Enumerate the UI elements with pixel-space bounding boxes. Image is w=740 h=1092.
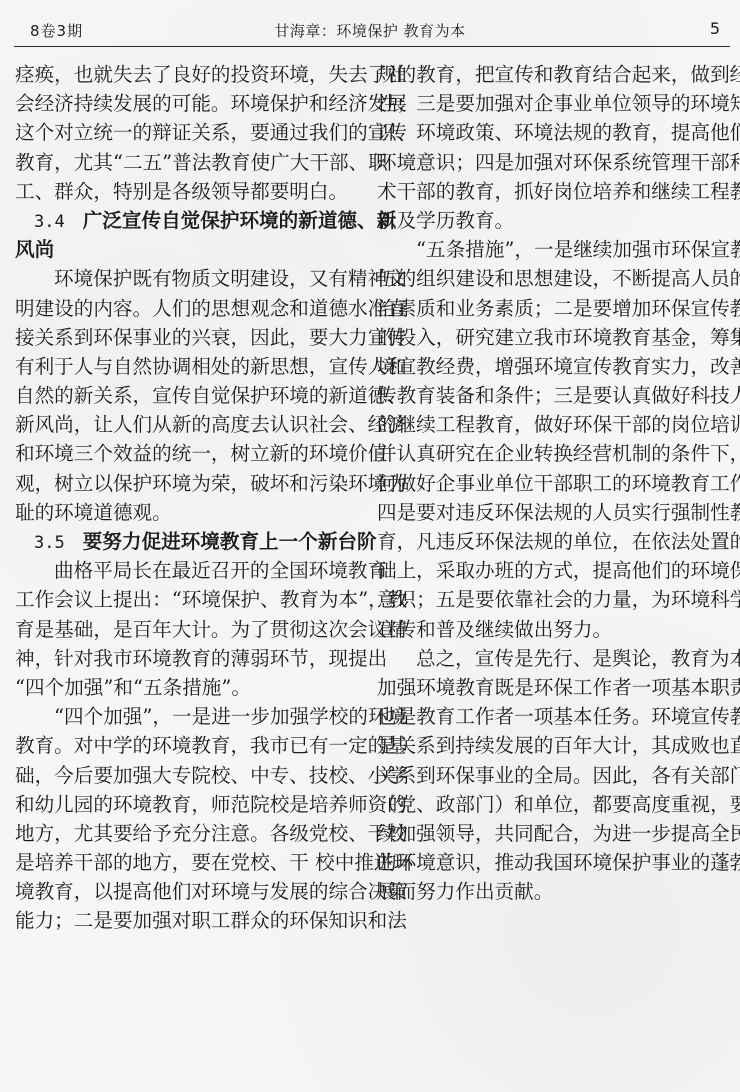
right-column: 规的教育，把宣传和教育结合起来，做到经常 性；三是要加强对企事业单位领导的环境知… xyxy=(377,60,720,906)
text-line: 总之，宣传是先行、是舆论，教育为本。 xyxy=(377,644,720,673)
text-line: 性；三是要加强对企事业单位领导的环境知 xyxy=(377,89,720,118)
section-number: 3.5 xyxy=(34,533,65,553)
text-line: （党、政部门）和单位，都要高度重视，要继 xyxy=(377,790,720,819)
section-title: 要努力促进环境教育上一个新台阶 xyxy=(83,530,377,553)
heading-line: 3.5要努力促进环境教育上一个新台阶 xyxy=(15,527,358,556)
text-line: 这个对立统一的辩证关系，要通过我们的宣传 xyxy=(15,118,358,147)
text-line: 展而努力作出贡献。 xyxy=(377,877,720,906)
text-line: 识、环境政策、环境法规的教育，提高他们的 xyxy=(377,118,720,147)
text-line: 础上，采取办班的方式，提高他们的环境保护 xyxy=(377,556,720,585)
text-line: 自然的新关系，宣传自觉保护环境的新道德、 xyxy=(15,381,358,410)
text-line: 四是要对违反环保法规的人员实行强制性教 xyxy=(377,498,720,527)
paragraph-1: 痉痪，也就失去了良好的投资环境，失去了社 会经济持续发展的可能。环境保护和经济发… xyxy=(15,60,358,206)
text-line: 以及学历教育。 xyxy=(377,206,720,235)
text-line: 环境意识；四是加强对环保系统管理干部和技 xyxy=(377,148,720,177)
section-heading-3-5: 3.5要努力促进环境教育上一个新台阶 xyxy=(15,527,358,556)
text-line: 育是基础，是百年大计。为了贯彻这次会议精 xyxy=(15,615,358,644)
text-line: 观，树立以保护环境为荣，破坏和污染环境为 xyxy=(15,469,358,498)
running-title: 甘海章：环境保护 教育为本 xyxy=(0,20,740,41)
text-line: 新风尚，让人们从新的高度去认识社会、经济 xyxy=(15,410,358,439)
text-line: 明建设的内容。人们的思想观念和道德水准直 xyxy=(15,294,358,323)
text-line: “五条措施”，一是继续加强市环保宣教队 xyxy=(377,235,720,264)
text-line: 环境保护既有物质文明建设，又有精神文 xyxy=(15,264,358,293)
text-line: “四个加强”，一是进一步加强学校的环境 xyxy=(15,702,358,731)
text-line: 境教育，以提高他们对环境与发展的综合决策 xyxy=(15,877,358,906)
heading-line: 3.4广泛宣传自觉保护环境的新道德、新 xyxy=(15,206,358,235)
text-line: 加强环境教育既是环保工作者一项基本职责， xyxy=(377,673,720,702)
text-line: 会经济持续发展的可能。环境保护和经济发展 xyxy=(15,89,358,118)
text-line: 工、群众，特别是各级领导都要明白。 xyxy=(15,177,358,206)
header-divider xyxy=(14,46,730,47)
paragraph-3: 曲格平局长在最近召开的全国环境教育 工作会议上提出：“环境保护、教育为本”，教 … xyxy=(15,556,358,702)
text-line: 痉痪，也就失去了良好的投资环境，失去了社 xyxy=(15,60,358,89)
text-line: 的环境意识，推动我国环境保护事业的蓬勃发 xyxy=(377,848,720,877)
text-line: 术干部的教育，抓好岗位培养和继续工程教育 xyxy=(377,177,720,206)
paragraph-5: “五条措施”，一是继续加强市环保宣教队 伍的组织建设和思想建设，不断提高人员的政… xyxy=(377,235,720,644)
text-line: 续加强领导，共同配合，为进一步提高全民族 xyxy=(377,819,720,848)
text-line: 关系到环保事业的全局。因此，各有关部门 xyxy=(377,761,720,790)
text-line: 教育。对中学的环境教育，我市已有一定的基 xyxy=(15,731,358,760)
running-header: 8卷3期 甘海章：环境保护 教育为本 5 xyxy=(0,0,740,48)
left-column: 痉痪，也就失去了良好的投资环境，失去了社 会经济持续发展的可能。环境保护和经济发… xyxy=(15,60,358,936)
heading-line: 风尚 xyxy=(15,235,358,264)
page-number: 5 xyxy=(710,19,720,38)
text-line: 地方，尤其要给予充分注意。各级党校、干校 xyxy=(15,819,358,848)
text-line: 曲格平局长在最近召开的全国环境教育 xyxy=(15,556,358,585)
text-line: “四个加强”和“五条措施”。 xyxy=(15,673,358,702)
section-heading-3-4: 3.4广泛宣传自觉保护环境的新道德、新 风尚 xyxy=(15,206,358,264)
text-line: 育，凡违反环保法规的单位，在依法处置的基 xyxy=(377,527,720,556)
text-line: 伍的组织建设和思想建设，不断提高人员的政 xyxy=(377,264,720,293)
text-line: 神，针对我市环境教育的薄弱环节，现提出 xyxy=(15,644,358,673)
text-line: 工作会议上提出：“环境保护、教育为本”，教 xyxy=(15,585,358,614)
text-line: 接关系到环保事业的兴衰，因此，要大力宣传 xyxy=(15,323,358,352)
text-line: 教育，尤其“二五”普法教育使广大干部、职 xyxy=(15,148,358,177)
text-line: 和幼儿园的环境教育，师范院校是培养师资的 xyxy=(15,790,358,819)
section-title: 广泛宣传自觉保护环境的新道德、新 xyxy=(83,209,397,232)
text-line: 并认真研究在企业转换经营机制的条件下，如 xyxy=(377,439,720,468)
text-line: 是培养干部的地方，要在党校、干 校中推进环 xyxy=(15,848,358,877)
paragraph-4: “四个加强”，一是进一步加强学校的环境 教育。对中学的环境教育，我市已有一定的基… xyxy=(15,702,358,936)
text-line: 是关系到持续发展的百年大计，其成败也直接 xyxy=(377,731,720,760)
text-line: 能力；二是要加强对职工群众的环保知识和法 xyxy=(15,906,358,935)
text-line: 何做好企事业单位干部职工的环境教育工作； xyxy=(377,469,720,498)
text-line: 的投入，研究建立我市环境教育基金，筹集环 xyxy=(377,323,720,352)
text-line: 耻的环境道德观。 xyxy=(15,498,358,527)
text-line: 治素质和业务素质；二是要增加环保宣传教育 xyxy=(377,294,720,323)
text-line: 宣传和普及继续做出努力。 xyxy=(377,615,720,644)
text-line: 也是教育工作者一项基本任务。环境宣传教育 xyxy=(377,702,720,731)
text-line: 规的教育，把宣传和教育结合起来，做到经常 xyxy=(377,60,720,89)
paragraph-2: 环境保护既有物质文明建设，又有精神文 明建设的内容。人们的思想观念和道德水准直 … xyxy=(15,264,358,527)
text-line: 境宣教经费，增强环境宣传教育实力，改善宣 xyxy=(377,352,720,381)
text-line: 和环境三个效益的统一，树立新的环境价值 xyxy=(15,439,358,468)
paragraph-6: 总之，宣传是先行、是舆论，教育为本。 加强环境教育既是环保工作者一项基本职责， … xyxy=(377,644,720,907)
section-number: 3.4 xyxy=(34,212,65,232)
text-line: 意识；五是要依靠社会的力量，为环境科学的 xyxy=(377,585,720,614)
text-line: 的继续工程教育，做好环保干部的岗位培训， xyxy=(377,410,720,439)
paragraph-4-continued: 规的教育，把宣传和教育结合起来，做到经常 性；三是要加强对企事业单位领导的环境知… xyxy=(377,60,720,235)
text-line: 有利于人与自然协调相处的新思想，宣传人和 xyxy=(15,352,358,381)
text-line: 传教育装备和条件；三是要认真做好科技人员 xyxy=(377,381,720,410)
text-line: 础，今后要加强大专院校、中专、技校、小学 xyxy=(15,761,358,790)
